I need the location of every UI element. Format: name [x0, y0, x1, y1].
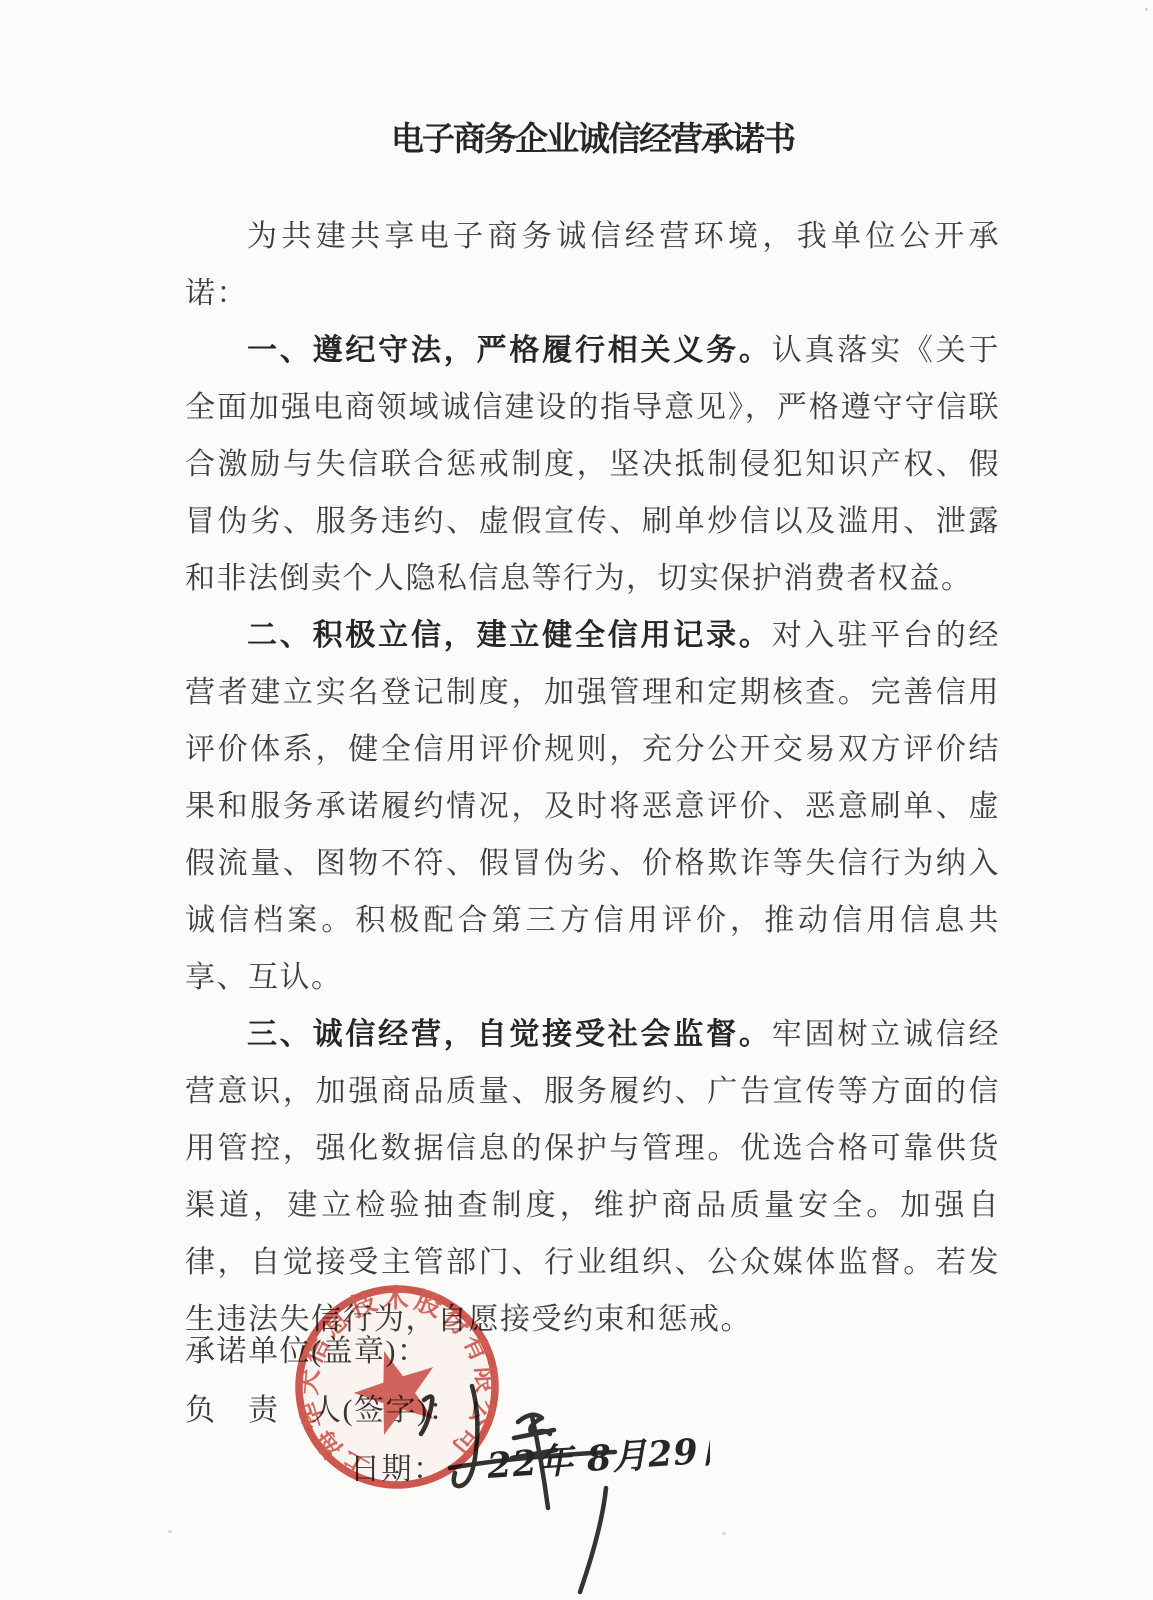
intro-paragraph: 为共建共享电子商务诚信经营环境，我单位公开承诺： [185, 208, 1000, 322]
document-title: 电子商务企业诚信经营承诺书 [185, 116, 1000, 164]
scan-speck [722, 1532, 726, 1535]
scan-speck [168, 1530, 172, 1533]
section-1-paragraph: 一、遵纪守法，严格履行相关义务。认真落实《关于全面加强电商领域诚信建设的指导意见… [185, 322, 1000, 607]
scan-speck [1145, 8, 1148, 11]
section-1-lead: 一、遵纪守法，严格履行相关义务。 [247, 334, 772, 367]
section-2-lead: 二、积极立信，建立健全信用记录。 [247, 619, 772, 652]
document-body: 电子商务企业诚信经营承诺书 为共建共享电子商务诚信经营环境，我单位公开承诺： 一… [185, 116, 1000, 1348]
signature-scribble [421, 1386, 615, 1592]
section-2-text: 对入驻平台的经营者建立实名登记制度，加强管理和定期核查。完善信用评价体系，健全信… [185, 619, 1000, 994]
handwriting-layer: 22年 8月29日 [410, 1370, 710, 1600]
section-3-lead: 三、诚信经营，自觉接受社会监督。 [247, 1018, 772, 1051]
scanned-document-page: 电子商务企业诚信经营承诺书 为共建共享电子商务诚信经营环境，我单位公开承诺： 一… [0, 0, 1153, 1600]
section-1-text: 认真落实《关于全面加强电商领域诚信建设的指导意见》，严格遵守守信联合激励与失信联… [185, 334, 1000, 595]
section-2-paragraph: 二、积极立信，建立健全信用记录。对入驻平台的经营者建立实名登记制度，加强管理和定… [185, 607, 1000, 1006]
